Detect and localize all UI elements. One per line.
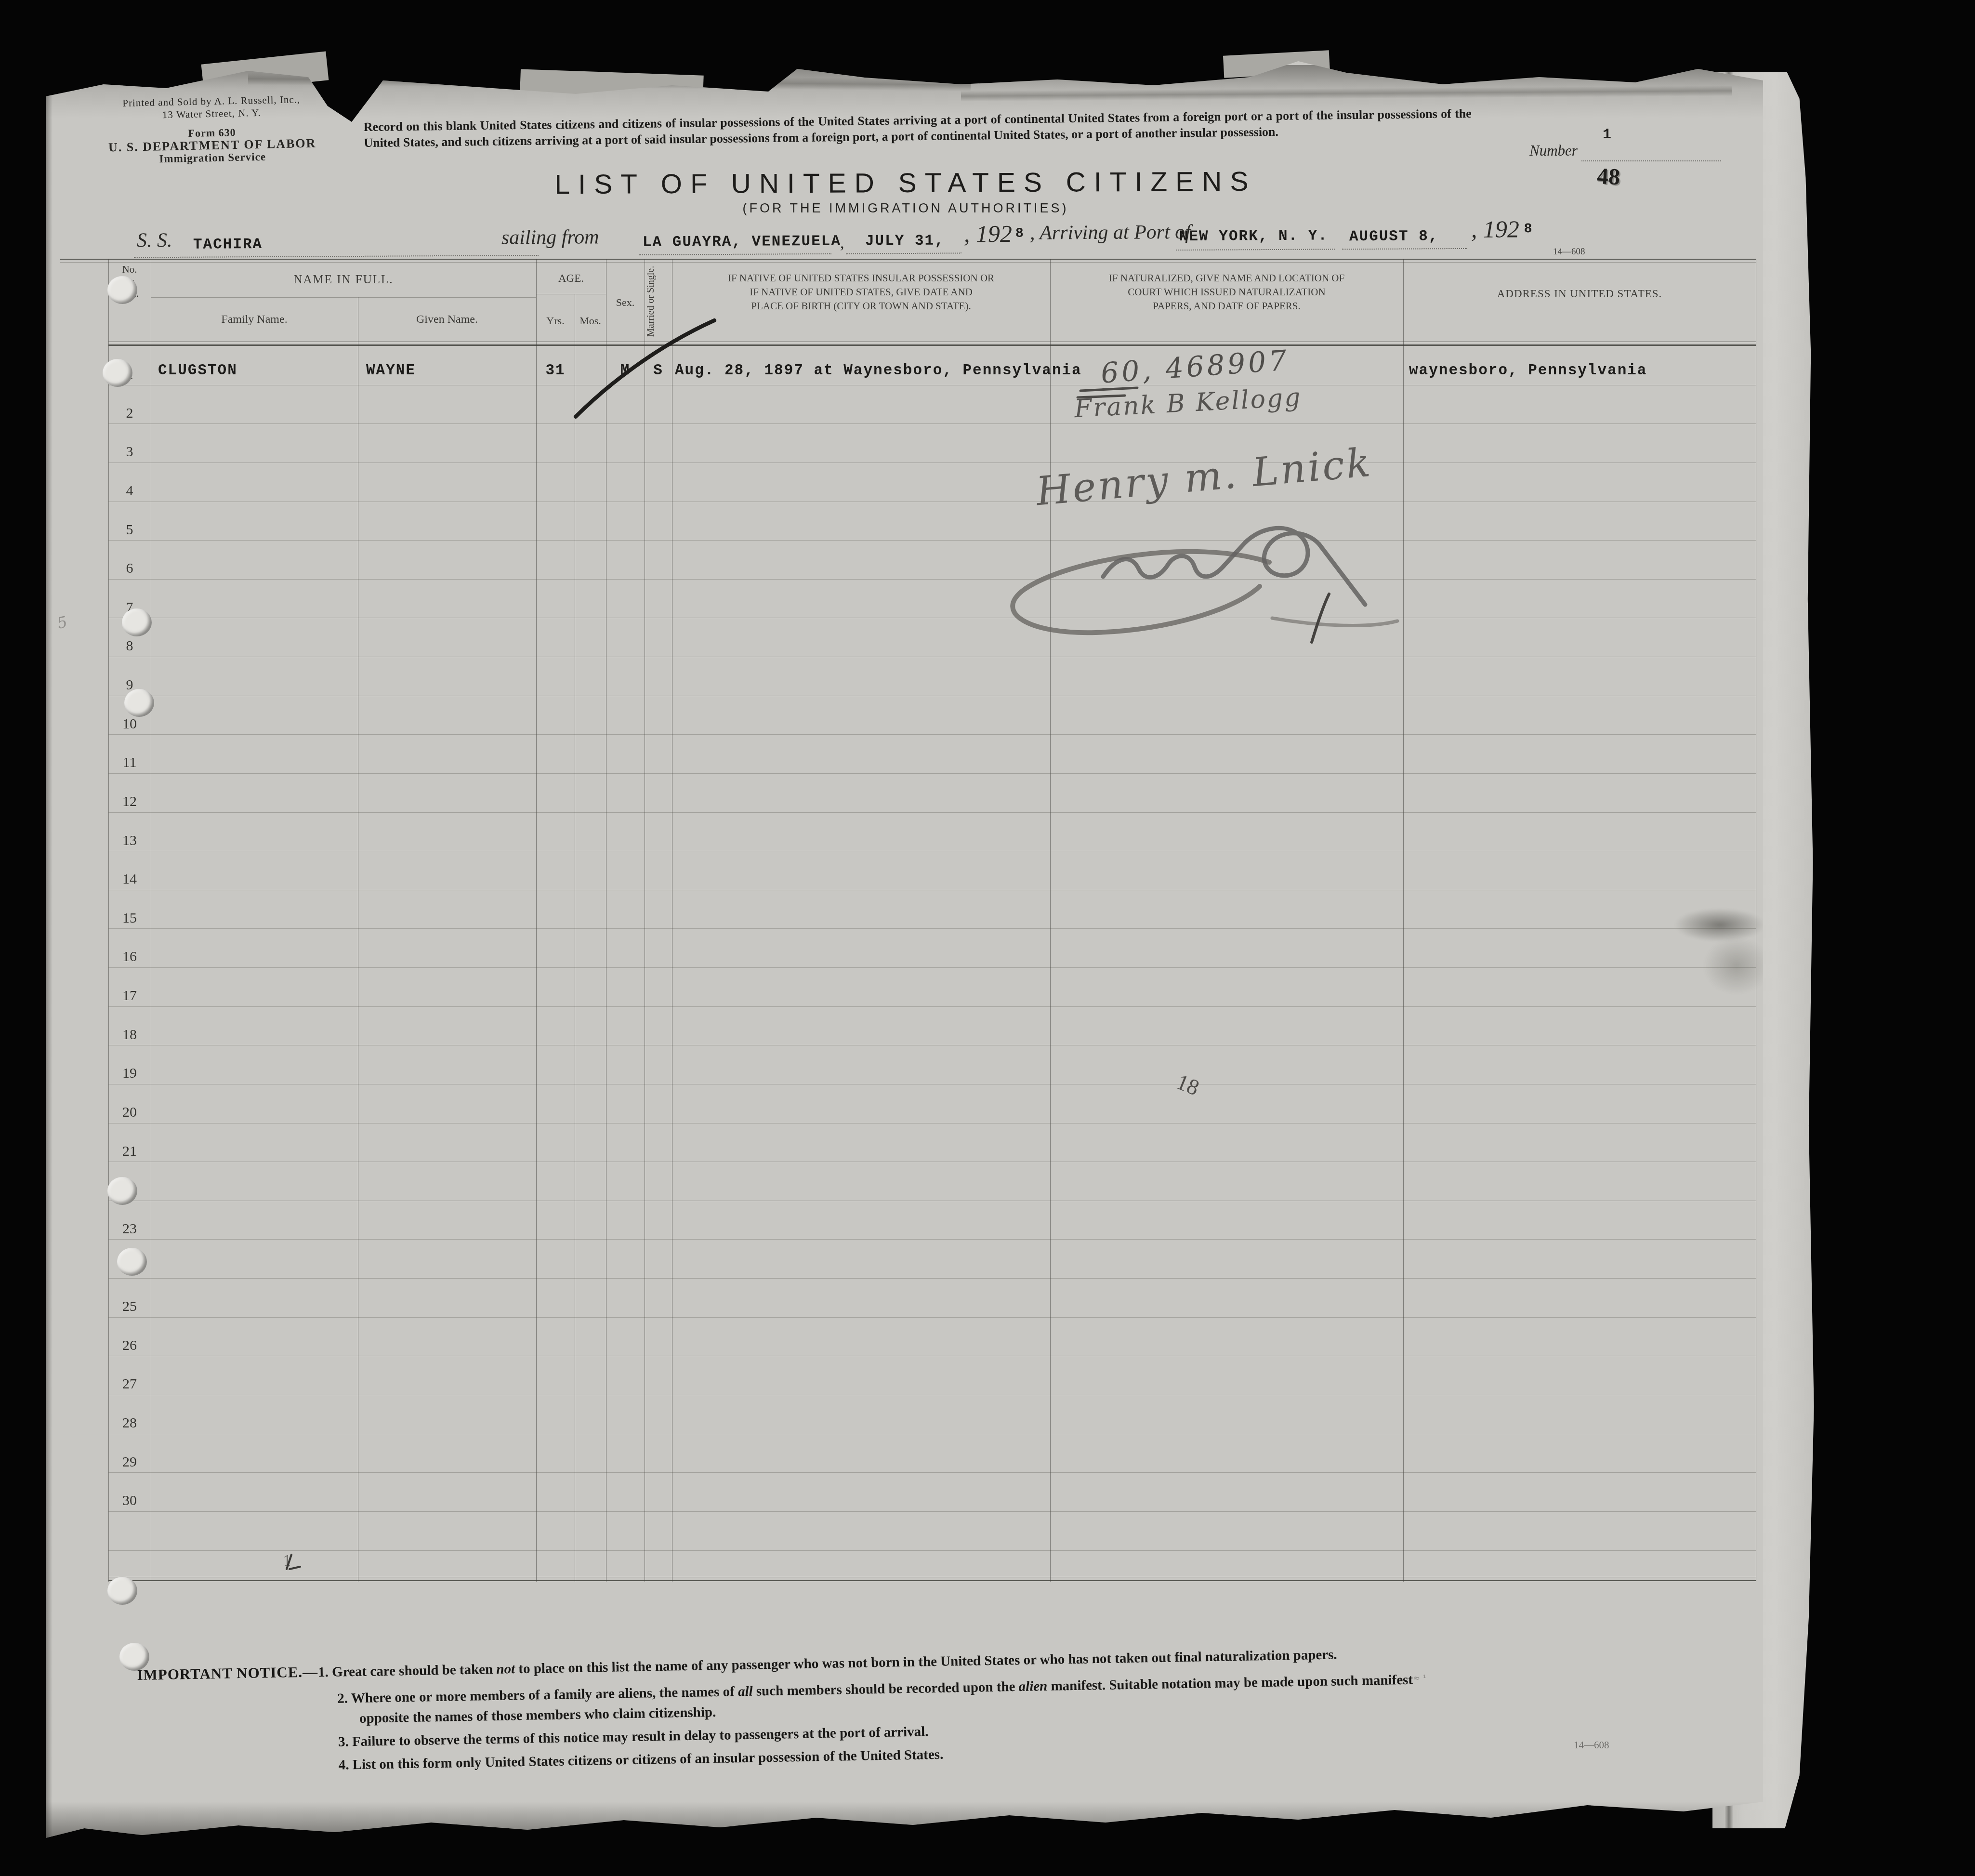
checker-mark: ≈ ¹ [1413, 1673, 1426, 1683]
footer-ink-mark: 1 [283, 1553, 292, 1570]
notice-label: IMPORTANT NOTICE.— [137, 1663, 318, 1683]
manifest-page: Printed and Sold by A. L. Russell, Inc.,… [46, 51, 1763, 1840]
punch-hole [107, 276, 137, 304]
punch-hole [103, 359, 132, 387]
punch-hole [117, 1248, 147, 1276]
punch-hole [107, 1177, 137, 1205]
punch-hole [107, 1577, 137, 1605]
punch-hole [124, 689, 154, 717]
scanned-document: Printed and Sold by A. L. Russell, Inc.,… [0, 0, 1975, 1876]
punch-hole [119, 1643, 149, 1671]
form-code-bottom: 14—608 [1574, 1739, 1609, 1751]
important-notice: IMPORTANT NOTICE.—1. Great care should b… [17, 24, 1765, 1843]
punch-hole [122, 608, 152, 636]
